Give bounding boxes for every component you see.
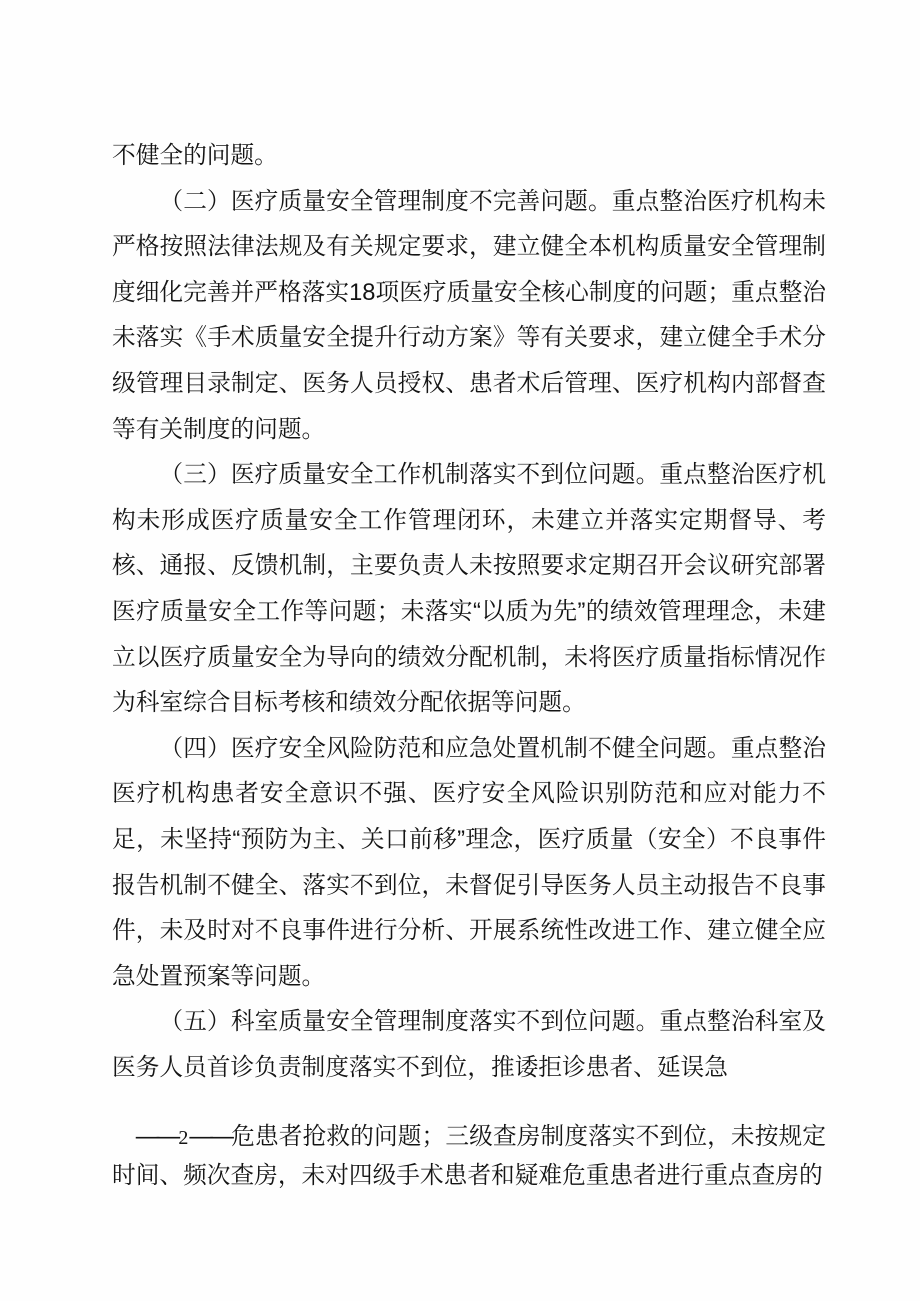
paragraph-item-5-continuation: ——2——危患者抢救的问题；三级查房制度落实不到位，未按规定时间、频次查房，未对…	[112, 1119, 826, 1195]
page-marker-dash-left: ——	[136, 1124, 178, 1150]
paragraph-item-2: （二）医疗质量安全管理制度不完善问题。重点整治医疗机构未严格按照法律法规及有关规…	[112, 180, 826, 454]
paragraph-item-5: （五）科室质量安全管理制度落实不到位问题。重点整治科室及医务人员首诊负责制度落实…	[112, 1000, 826, 1091]
inline-page-number-marker: ——2——	[136, 1124, 231, 1150]
page-marker-dash-right: ——	[189, 1124, 231, 1150]
document-text-body: 不健全的问题。 （二）医疗质量安全管理制度不完善问题。重点整治医疗机构未严格按照…	[112, 134, 826, 1195]
paragraph-item-3: （三）医疗质量安全工作机制落实不到位问题。重点整治医疗机构未形成医疗质量安全工作…	[112, 453, 826, 727]
page-number: 2	[177, 1127, 189, 1149]
paragraph-item-4: （四）医疗安全风险防范和应急处置机制不健全问题。重点整治医疗机构患者安全意识不强…	[112, 727, 826, 1001]
paragraph-intro-tail: 不健全的问题。	[112, 134, 826, 180]
document-page: 不健全的问题。 （二）医疗质量安全管理制度不完善问题。重点整治医疗机构未严格按照…	[0, 0, 920, 1301]
